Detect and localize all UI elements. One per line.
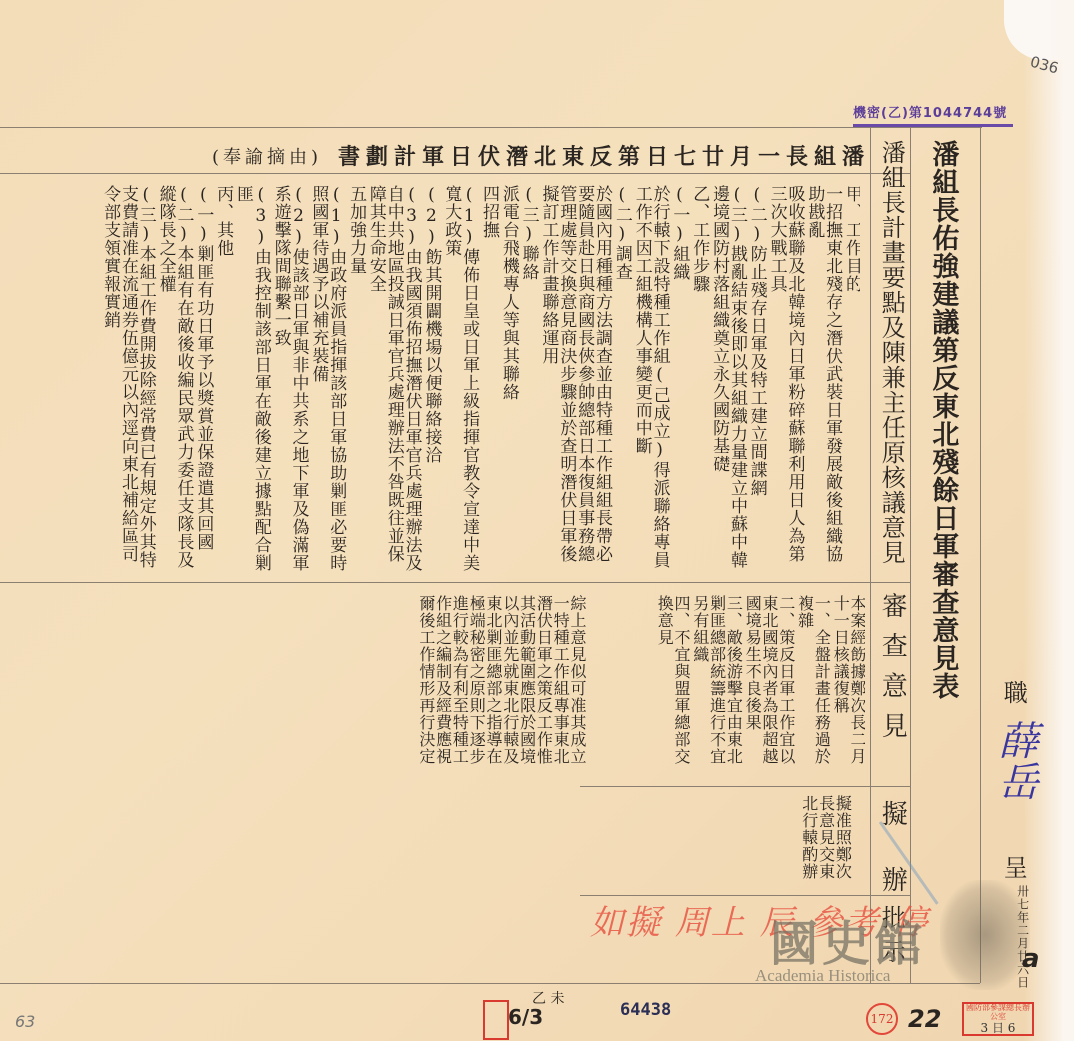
plan-column: (3)由我控制該部日軍在敵後建立據點配合剿匪 (233, 185, 269, 575)
main-title: 潘組長佑強建議第反東北殘餘日軍審查意見表 (928, 140, 956, 700)
review-bottom-line (580, 786, 910, 787)
plan-column: (2)使該部日軍與非中共系之地下軍及偽滿軍系遊擊隊間聯繫一致 (271, 185, 307, 575)
paper-edge (1024, 0, 1074, 1041)
plan-column: (三)本組工作費開拔除經常費已有規定外其特支費請准在流通券伍億元以內逕向東北補給… (100, 185, 154, 575)
red-box-stamp-text: 國防部參謀總長辦公室 (964, 1004, 1032, 1022)
plan-column: 於國內用種種方法調查並由特種工作組組長帶必要隨員赴日與商國長俠參帥總部日本復員事… (539, 185, 610, 575)
pencil-page-number: 63 (15, 1012, 35, 1031)
plan-column: 乙、工作步驟 (689, 185, 707, 575)
review-column: 三、敵後游擊宜由東北剿匪總部統籌進行不宜另有組織 (691, 595, 741, 780)
submitter-prefix: 職 (1000, 680, 1025, 705)
plan-column: (二)防止殘存日軍及特工建立間諜網 (747, 185, 765, 575)
review-body: 本案經飭據鄭次長二月十一日核議復稱 一、全盤計畫任務過於複雜 二、策反日軍工作宜… (585, 595, 865, 780)
archive-stamp: 機密(乙)第1044744號 (853, 102, 1013, 127)
title-bottom-line (0, 173, 910, 174)
plan-column: 甲、工作目的 (842, 185, 860, 575)
plan-column: (二)調查 (612, 185, 630, 575)
plan-column: (1)由政府派員指揮該部日軍協助剿匪必要時照國軍待遇予以補充裝備 (309, 185, 345, 575)
serial-number: 64438 (620, 1000, 671, 1020)
plan-column: (一)組織 (670, 185, 688, 575)
proposal-header: 潘組長計畫要點及陳兼主任原核議意見 (878, 140, 903, 580)
review-column: 二、策反日軍工作宜以東北國境內者為限超越國境易生不良後果 (743, 595, 793, 780)
watermark-chinese: 國史館 (770, 905, 926, 974)
red-box-stamp: 國防部參謀總長辦公室 3 日 6 (962, 1002, 1034, 1036)
section-divider-line (0, 582, 910, 583)
red-small-seal (483, 1000, 509, 1040)
plan-column: (一)剿匪有功日軍予以獎賞並保證遣其回國 (193, 185, 211, 575)
red-box-stamp-number: 3 日 6 (964, 1022, 1032, 1035)
watermark-english: Academia Historica (755, 966, 890, 986)
submitter-signature: 薛岳 (994, 720, 1036, 802)
plan-column: (二)本組有在敵後收編民眾武力委任支隊長及縱隊長之全權 (156, 185, 192, 575)
stamp-fraction: 6/3 (508, 1005, 543, 1029)
header-col-line (870, 127, 871, 983)
ink-letter: a (1022, 944, 1040, 974)
plan-column: 於行轅下設特種工作組(己成立)得派聯絡專員工作不因工組機構人事變更而中斷 (632, 185, 668, 575)
ink-number: 22 (908, 1005, 941, 1033)
plan-column: (三)戡亂結束後即以其組織力量建立中蘇中韓邊境國防村落組織奠立永久國防基礎 (709, 185, 745, 575)
plan-column: 四招撫 (479, 185, 497, 575)
plan-column: 丙、其他 (213, 185, 231, 575)
plan-column: (2)飭其開闢機場以便聯絡接洽 (422, 185, 440, 575)
submitter-suffix: 呈 (1000, 855, 1025, 880)
plan-column: 一招撫東北殘存之潛伏武裝日軍發展敵後組織協助戡亂 (804, 185, 840, 575)
plan-body: 甲、工作目的 一招撫東北殘存之潛伏武裝日軍發展敵後組織協助戡亂 吸收蘇聯及北韓境… (10, 185, 860, 575)
review-column: 本案經飭據鄭次長二月十一日核議復稱 (831, 595, 865, 780)
plan-column: 五加強力量 (346, 185, 364, 575)
plan-column: 派電台飛機專人等與其聯絡 (499, 185, 517, 575)
frame-top-line (0, 127, 982, 128)
proposed-body: 擬准照鄭次長意見交東北行轅酌辦 (800, 795, 850, 890)
watermark-emblem (940, 880, 1030, 990)
review-conclusion: 綜上意見似可准其成立一特種工作組專事東北潛伏日軍之策反工作惟其活動範圍應限於國境… (410, 595, 585, 780)
review-column: 四、不宜與盟軍總部交換意見 (655, 595, 689, 780)
small-ink-mark: 乙 未 (532, 988, 564, 1008)
plan-column: (1)傳佈日皇或日軍上級指揮官教令宣達中美寬大政策 (441, 185, 477, 575)
plan-title-note: (奉諭摘由) (212, 143, 322, 169)
circle-stamp: 172 (866, 1003, 898, 1035)
plan-column: (3)由我國須佈招撫潛伏日軍官兵處理辦法及自中共地區投誠日軍官兵處理辦法不咎既往… (366, 185, 420, 575)
review-header: 審查意見 (878, 592, 905, 752)
plan-column: (三)聯絡 (519, 185, 537, 575)
review-column: 一、全盤計畫任務過於複雜 (796, 595, 830, 780)
plan-column: 吸收蘇聯及北韓境內日軍粉碎蘇聯利用日人為第三次大戰工具 (767, 185, 803, 575)
